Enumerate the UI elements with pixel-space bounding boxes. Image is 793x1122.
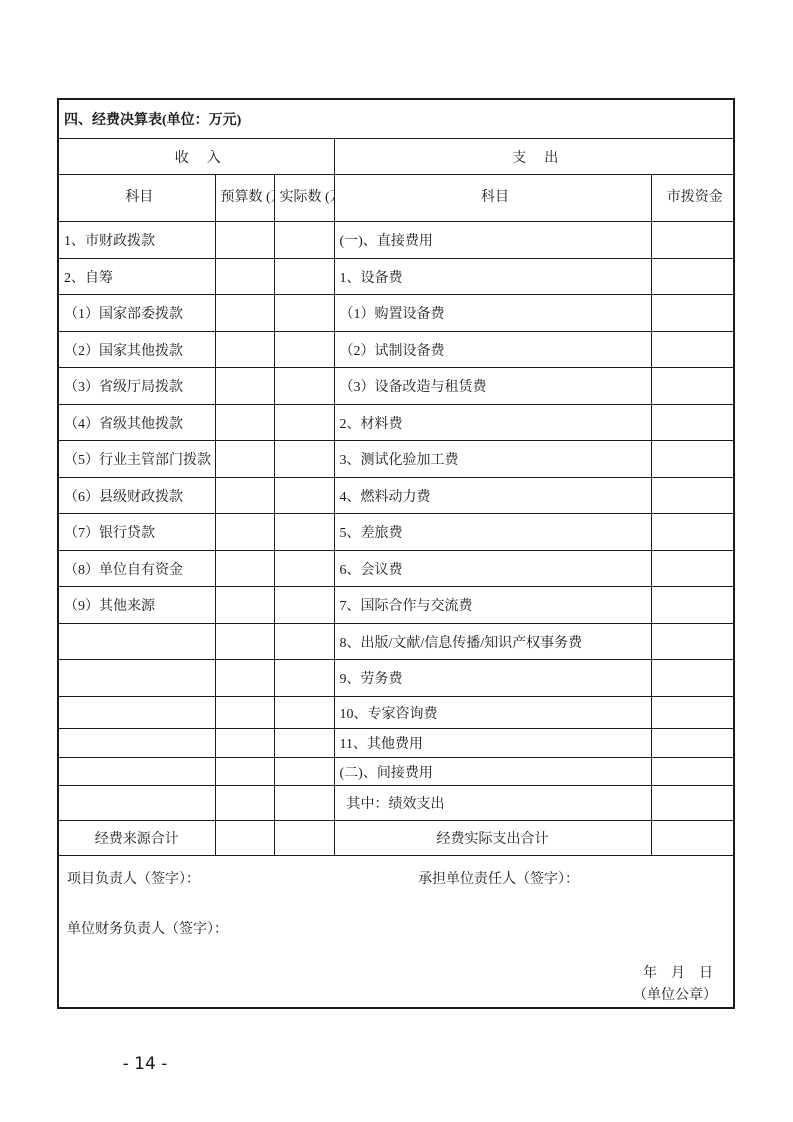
- actual-column-header: 实际数 (万元): [274, 175, 334, 222]
- expense-subject-cell: 其中：绩效支出: [334, 786, 651, 821]
- table-row: (二)、间接费用: [58, 758, 734, 786]
- unit-seal-label: （单位公章）: [633, 984, 717, 1004]
- budget-value-cell: [215, 587, 274, 624]
- income-subject-cell: （8）单位自有资金: [58, 551, 215, 587]
- expense-subject-cell: （2）试制设备费: [334, 332, 651, 368]
- income-subject-cell: [58, 697, 215, 729]
- table-row: （3）省级厅局拨款（3）设备改造与租赁费: [58, 368, 734, 405]
- budget-value-cell: [215, 368, 274, 405]
- table-row: （6）县级财政拨款4、燃料动力费: [58, 478, 734, 514]
- expense-subject-cell: (一)、直接费用: [334, 222, 651, 259]
- city-fund-value-cell: [651, 758, 734, 786]
- budget-value-cell: [215, 758, 274, 786]
- budget-value-cell: [215, 821, 274, 856]
- budget-value-cell: [215, 660, 274, 697]
- actual-value-cell: [274, 551, 334, 587]
- income-subject-cell: 2、自筹: [58, 259, 215, 295]
- expense-subject-column-header: 科目: [334, 175, 651, 222]
- expense-subject-cell: 4、燃料动力费: [334, 478, 651, 514]
- table-title: 四、经费决算表(单位：万元): [58, 99, 734, 139]
- city-fund-value-cell: [651, 478, 734, 514]
- table-row: 2、自筹1、设备费: [58, 259, 734, 295]
- income-section-header: 收 入: [58, 139, 334, 175]
- budget-value-cell: [215, 405, 274, 441]
- income-subject-column-header: 科目: [58, 175, 215, 222]
- budget-value-cell: [215, 478, 274, 514]
- table-row: （9）其他来源7、国际合作与交流费: [58, 587, 734, 624]
- income-subject-cell: [58, 758, 215, 786]
- budget-value-cell: [215, 786, 274, 821]
- table-row: 10、专家咨询费: [58, 697, 734, 729]
- budget-value-cell: [215, 514, 274, 551]
- unit-responsible-signature-label: 承担单位责任人（签字）：: [418, 868, 579, 888]
- expense-section-header: 支 出: [334, 139, 734, 175]
- finance-leader-signature-label: 单位财务负责人（签字）：: [67, 918, 228, 938]
- city-fund-column-header: 市拨资金: [651, 175, 734, 222]
- actual-value-cell: [274, 758, 334, 786]
- budget-value-cell: [215, 222, 274, 259]
- expense-subject-cell: 3、测试化验加工费: [334, 441, 651, 478]
- city-fund-value-cell: [651, 729, 734, 758]
- table-row: 1、市财政拨款(一)、直接费用: [58, 222, 734, 259]
- city-fund-value-cell: [651, 786, 734, 821]
- document-page: 四、经费决算表(单位：万元) 收 入 支 出 科目 预算数 (万元) 实际数 (…: [0, 0, 793, 1122]
- budget-value-cell: [215, 441, 274, 478]
- actual-value-cell: [274, 697, 334, 729]
- budget-value-cell: [215, 295, 274, 332]
- expense-subject-cell: 5、差旅费: [334, 514, 651, 551]
- income-subject-cell: （6）县级财政拨款: [58, 478, 215, 514]
- table-row: （2）国家其他拨款（2）试制设备费: [58, 332, 734, 368]
- budget-table-body: 1、市财政拨款(一)、直接费用2、自筹1、设备费（1）国家部委拨款（1）购置设备…: [58, 222, 734, 856]
- city-fund-value-cell: [651, 624, 734, 660]
- budget-value-cell: [215, 259, 274, 295]
- city-fund-value-cell: [651, 697, 734, 729]
- budget-value-cell: [215, 551, 274, 587]
- income-subject-cell: [58, 660, 215, 697]
- income-subject-cell: （4）省级其他拨款: [58, 405, 215, 441]
- city-fund-value-cell: [651, 368, 734, 405]
- table-row: 11、其他费用: [58, 729, 734, 758]
- expense-subject-cell: 8、出版/文献/信息传播/知识产权事务费: [334, 624, 651, 660]
- income-subject-cell: [58, 624, 215, 660]
- actual-value-cell: [274, 259, 334, 295]
- income-subject-cell: （9）其他来源: [58, 587, 215, 624]
- table-row: （5）行业主管部门拨款3、测试化验加工费: [58, 441, 734, 478]
- table-row: 9、劳务费: [58, 660, 734, 697]
- expense-subject-cell: （3）设备改造与租赁费: [334, 368, 651, 405]
- income-subject-cell: [58, 729, 215, 758]
- expense-subject-cell: 10、专家咨询费: [334, 697, 651, 729]
- city-fund-value-cell: [651, 551, 734, 587]
- city-fund-value-cell: [651, 821, 734, 856]
- actual-value-cell: [274, 332, 334, 368]
- city-fund-value-cell: [651, 259, 734, 295]
- income-subject-cell: （7）银行贷款: [58, 514, 215, 551]
- city-fund-value-cell: [651, 514, 734, 551]
- actual-value-cell: [274, 405, 334, 441]
- income-subject-cell: 1、市财政拨款: [58, 222, 215, 259]
- city-fund-value-cell: [651, 295, 734, 332]
- actual-value-cell: [274, 821, 334, 856]
- expense-subject-cell: 经费实际支出合计: [334, 821, 651, 856]
- table-row: 8、出版/文献/信息传播/知识产权事务费: [58, 624, 734, 660]
- signature-block: 项目负责人（签字）： 承担单位责任人（签字）： 单位财务负责人（签字）： 年 月…: [58, 856, 734, 1009]
- table-row: （1）国家部委拨款（1）购置设备费: [58, 295, 734, 332]
- expense-subject-cell: （1）购置设备费: [334, 295, 651, 332]
- income-subject-cell: [58, 786, 215, 821]
- expense-subject-cell: 2、材料费: [334, 405, 651, 441]
- table-row: （8）单位自有资金6、会议费: [58, 551, 734, 587]
- date-label: 年 月 日: [643, 962, 713, 982]
- page-number: - 14 -: [95, 1054, 195, 1074]
- actual-value-cell: [274, 587, 334, 624]
- income-subject-cell: （1）国家部委拨款: [58, 295, 215, 332]
- budget-final-statement-table: 四、经费决算表(单位：万元) 收 入 支 出 科目 预算数 (万元) 实际数 (…: [57, 98, 735, 1009]
- actual-value-cell: [274, 222, 334, 259]
- actual-value-cell: [274, 478, 334, 514]
- budget-value-cell: [215, 729, 274, 758]
- actual-value-cell: [274, 624, 334, 660]
- income-subject-cell: 经费来源合计: [58, 821, 215, 856]
- city-fund-value-cell: [651, 332, 734, 368]
- income-subject-cell: （3）省级厅局拨款: [58, 368, 215, 405]
- city-fund-value-cell: [651, 441, 734, 478]
- section-header-row: 收 入 支 出: [58, 139, 734, 175]
- city-fund-value-cell: [651, 587, 734, 624]
- expense-subject-cell: (二)、间接费用: [334, 758, 651, 786]
- expense-subject-cell: 11、其他费用: [334, 729, 651, 758]
- expense-subject-cell: 7、国际合作与交流费: [334, 587, 651, 624]
- budget-column-header: 预算数 (万元): [215, 175, 274, 222]
- actual-value-cell: [274, 295, 334, 332]
- table-title-row: 四、经费决算表(单位：万元): [58, 99, 734, 139]
- table-row: 其中：绩效支出: [58, 786, 734, 821]
- actual-value-cell: [274, 729, 334, 758]
- budget-value-cell: [215, 624, 274, 660]
- city-fund-value-cell: [651, 222, 734, 259]
- actual-value-cell: [274, 514, 334, 551]
- income-subject-cell: （2）国家其他拨款: [58, 332, 215, 368]
- city-fund-value-cell: [651, 660, 734, 697]
- city-fund-value-cell: [651, 405, 734, 441]
- table-row: （4）省级其他拨款2、材料费: [58, 405, 734, 441]
- actual-value-cell: [274, 660, 334, 697]
- actual-value-cell: [274, 368, 334, 405]
- income-subject-cell: （5）行业主管部门拨款: [58, 441, 215, 478]
- budget-value-cell: [215, 697, 274, 729]
- expense-subject-cell: 9、劳务费: [334, 660, 651, 697]
- actual-value-cell: [274, 786, 334, 821]
- budget-value-cell: [215, 332, 274, 368]
- table-row: 经费来源合计经费实际支出合计: [58, 821, 734, 856]
- project-leader-signature-label: 项目负责人（签字）：: [67, 868, 200, 888]
- actual-value-cell: [274, 441, 334, 478]
- column-header-row: 科目 预算数 (万元) 实际数 (万元) 科目 市拨资金: [58, 175, 734, 222]
- table-row: （7）银行贷款5、差旅费: [58, 514, 734, 551]
- signature-row: 项目负责人（签字）： 承担单位责任人（签字）： 单位财务负责人（签字）： 年 月…: [58, 856, 734, 1009]
- expense-subject-cell: 1、设备费: [334, 259, 651, 295]
- expense-subject-cell: 6、会议费: [334, 551, 651, 587]
